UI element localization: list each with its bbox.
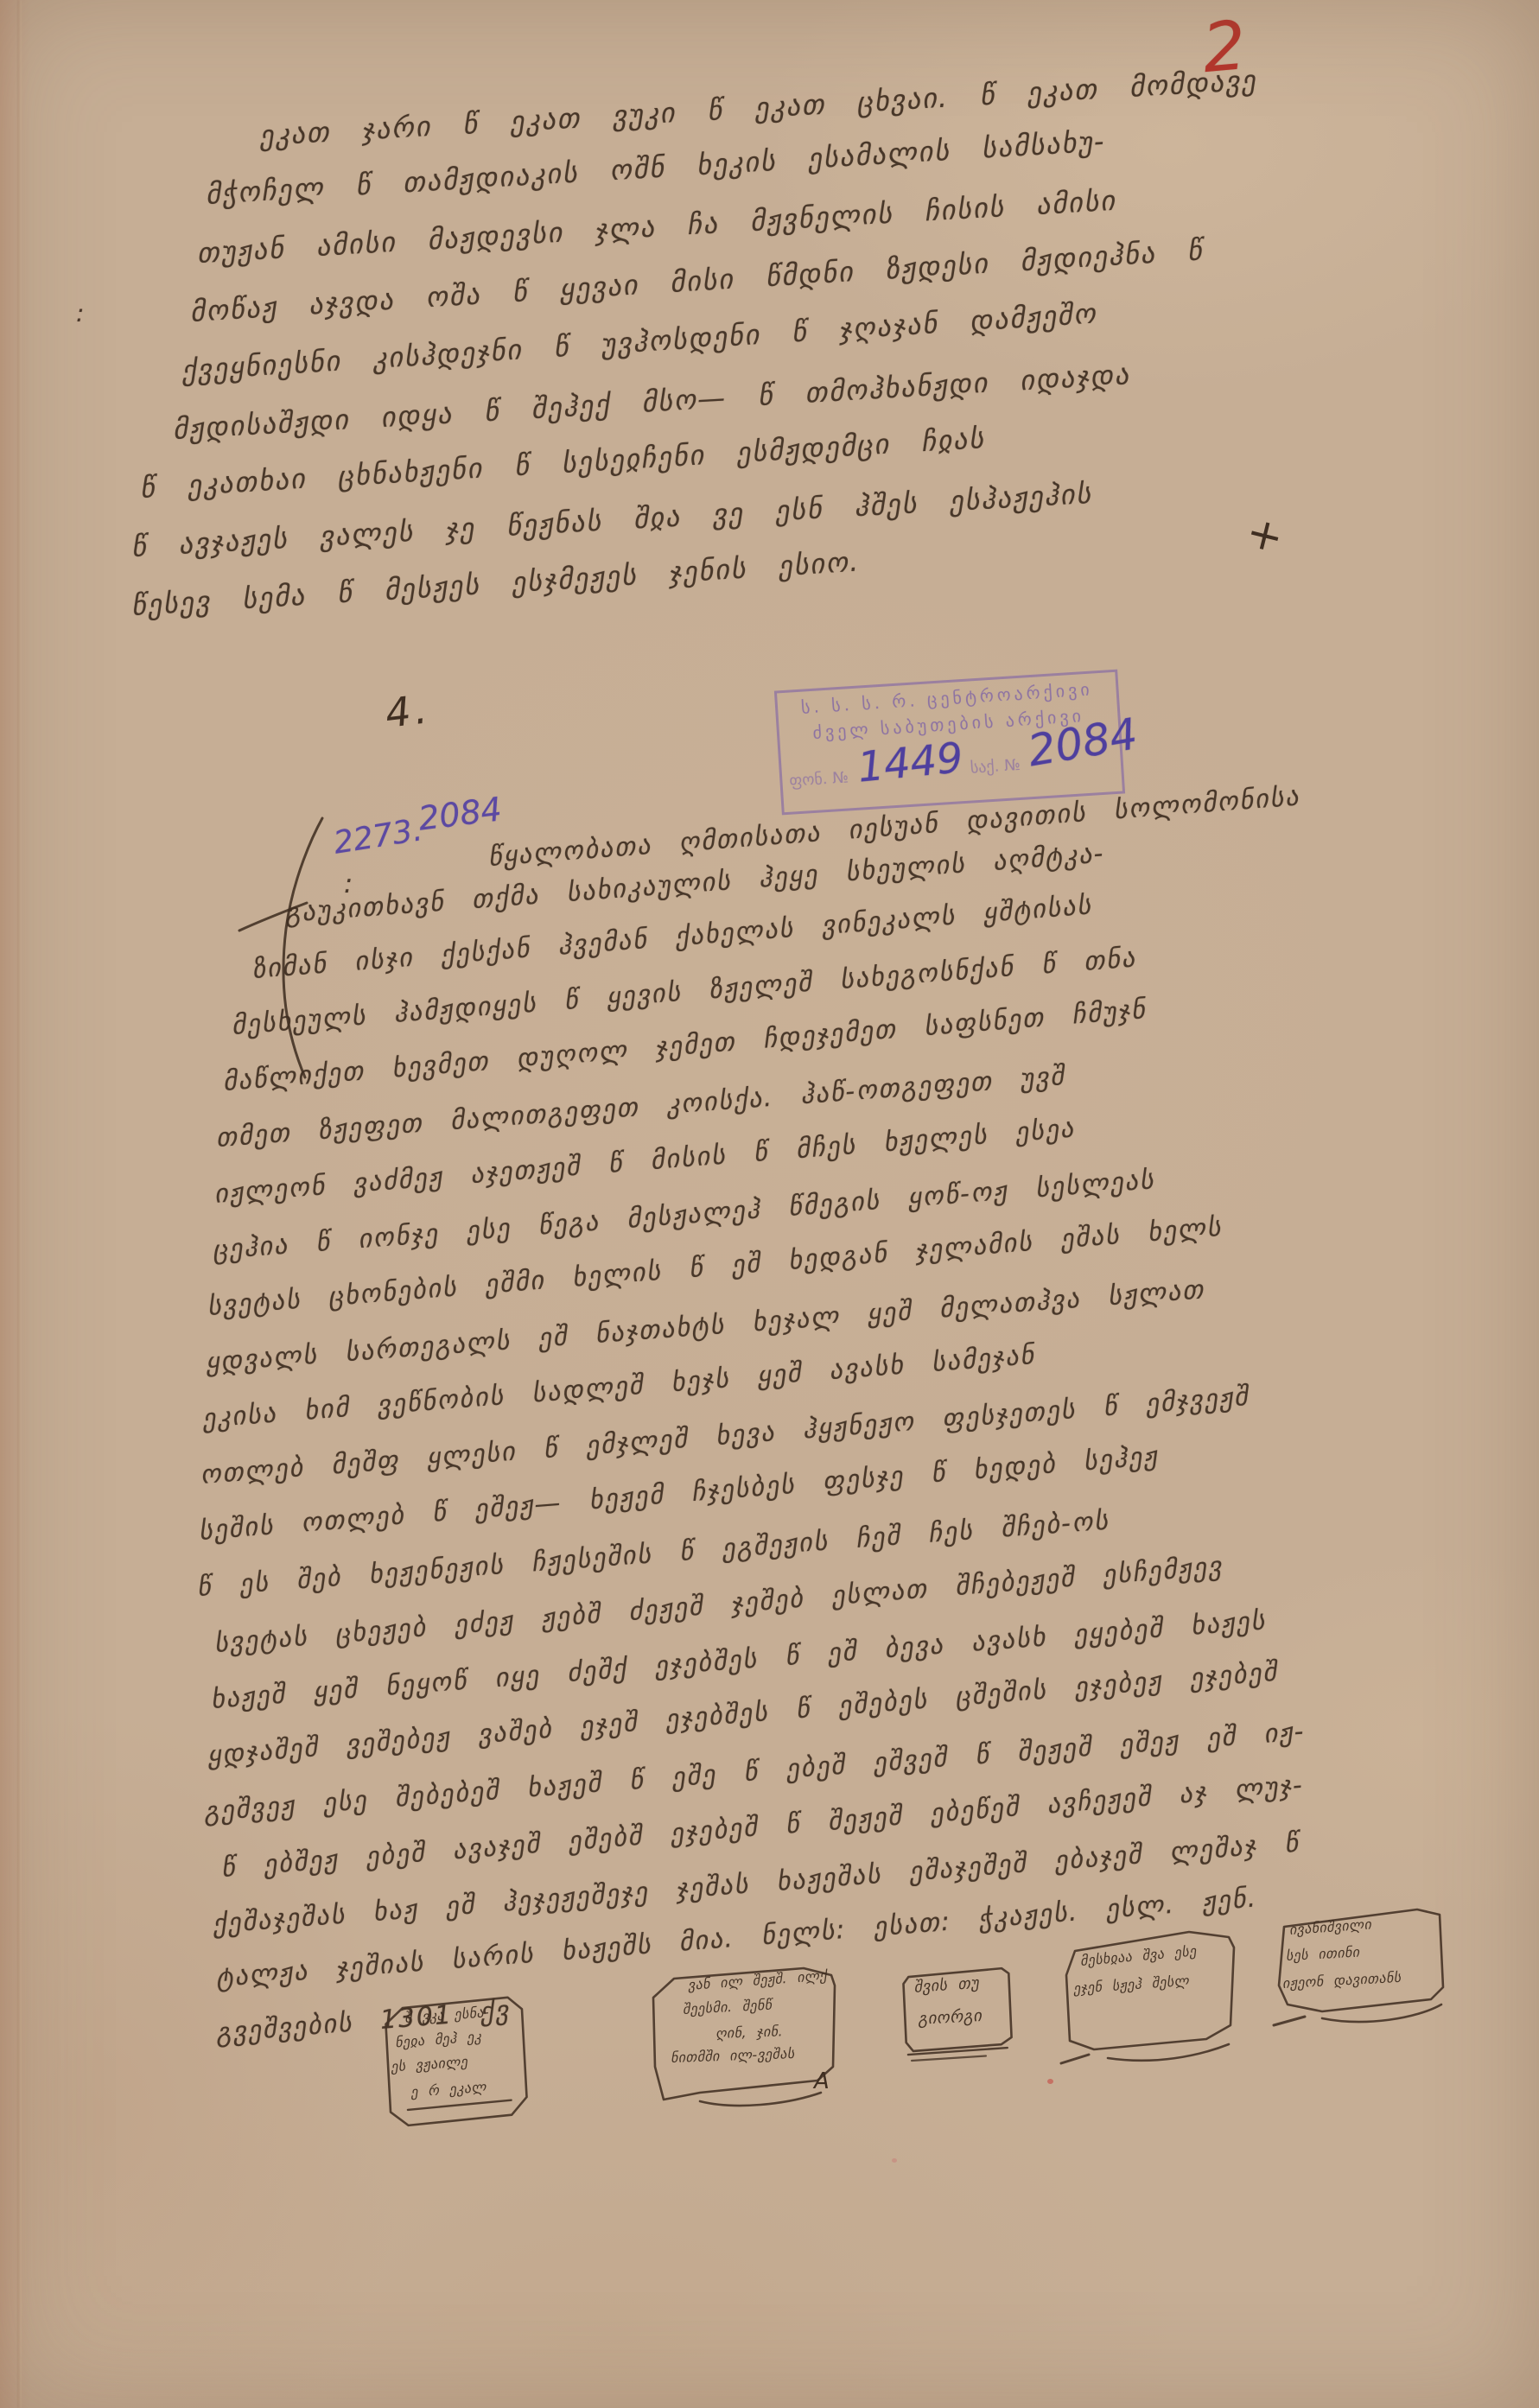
stamp-fund-label: ფონ. № [789,768,849,790]
manuscript-page: 2 : ეკათ ჯარი წ ეკათ ვუკი წ ეკათ ცხვაი. … [0,0,1539,2408]
paper-fold-line [17,0,22,2408]
corner-letter-a: A [814,2068,830,2094]
pink-speck [892,2158,897,2163]
note-line: გიორგი [918,2006,983,2029]
archive-stamp: ს. ს. ს. რ. ცენტროარქივი ძველ საბუთების … [774,670,1125,816]
cross-mark: + [1242,506,1289,563]
witness-note-box-5: ივანიშვილი სეს ითინი იჟეონ დავითანს [1270,1903,1452,2032]
witness-note-box-2: ვან ილ შეჟშ. ილქ შეესმი. შენწ ღინ, ჯინ. … [648,1963,847,2114]
stamp-case-label: საქ. № [970,756,1021,778]
witness-note-box-1: შ ვკა ესნა- ნეჲა მეჰ ეკ ეს ვჟაილე ე რ ეკ… [378,1993,529,2128]
witness-note-box-3: შვის თუ გიორგი [898,1956,1021,2062]
stamp-fund-number: 1449 [855,734,965,792]
red-speck [1047,2079,1053,2084]
inventory-number-new: 2084 [417,790,504,837]
pen-flourish [220,799,367,1093]
note-line: ღინ, ჯინ. [715,2023,784,2042]
handwritten-line: ეკათ ჯარი წ ეკათ ვუკი წ ეკათ ცხვაი. წ ეკ… [258,63,1257,151]
margin-colon-mark: : [76,299,84,327]
section-marker: 4. [383,685,433,737]
witness-note-box-4: მესხჲაა შვა ესე ეჯენ სჟეჰ შესლ [1059,1923,1245,2074]
